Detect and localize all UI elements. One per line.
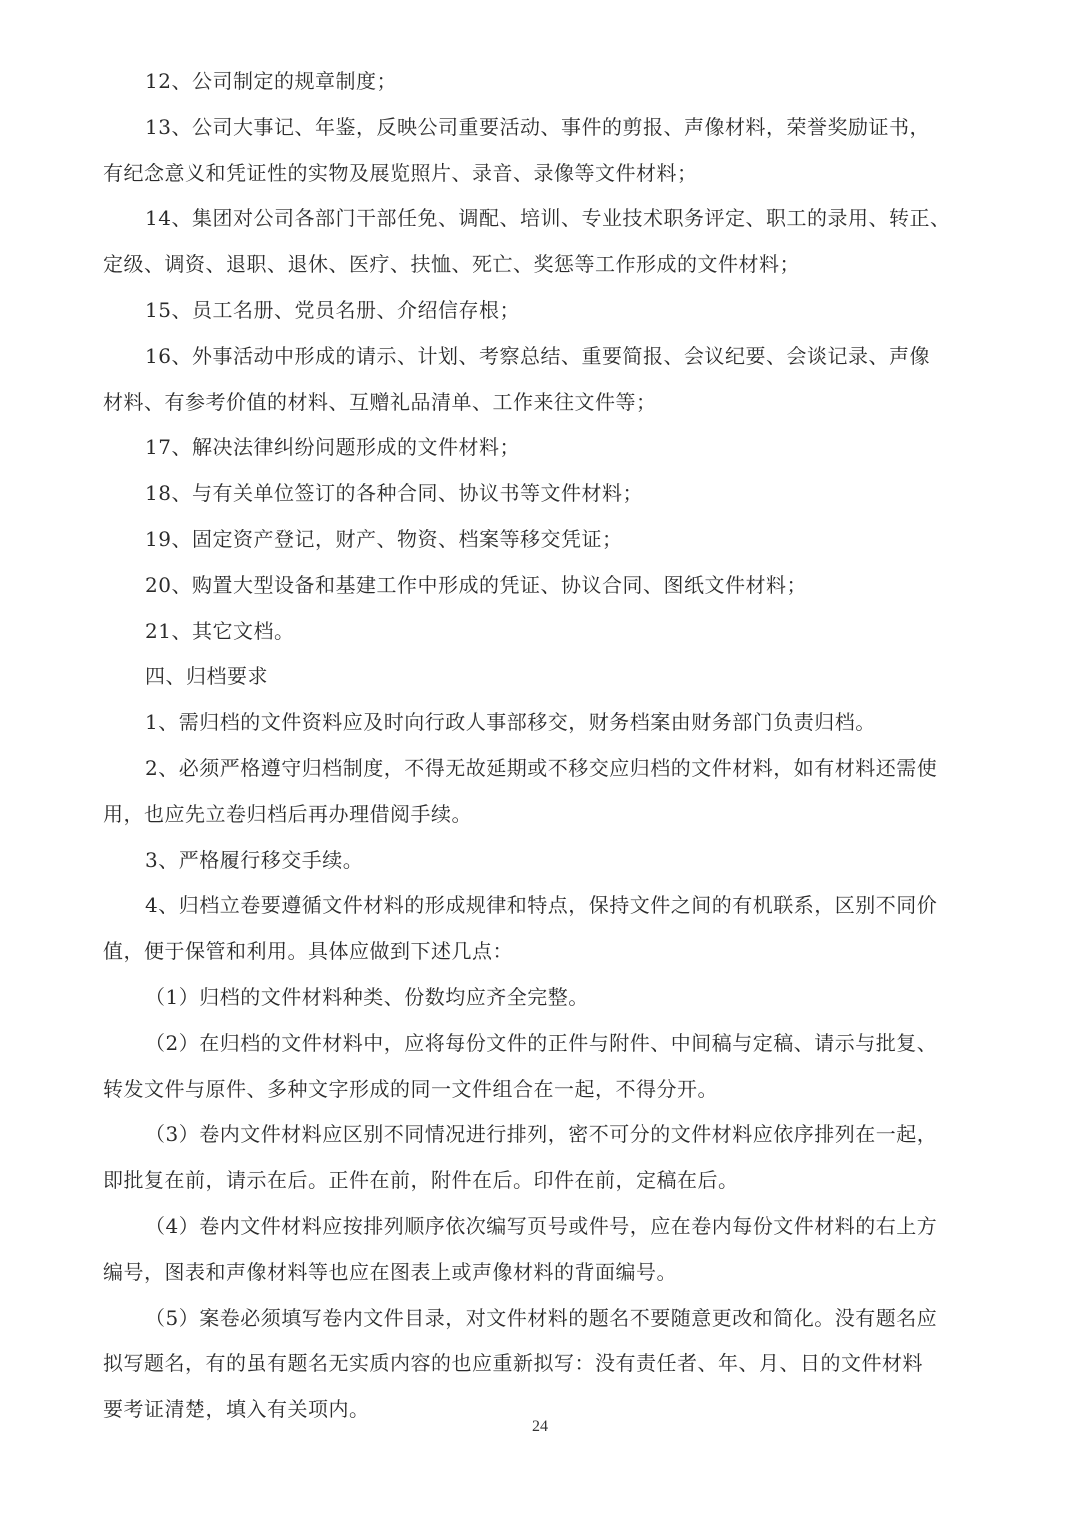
- document-body: 12、公司制定的规章制度； 13、公司大事记、年鉴，反映公司重要活动、事件的剪报…: [103, 64, 983, 1438]
- section-heading-archiving-requirements: 四、归档要求: [103, 659, 983, 705]
- list-item-14: 14、集团对公司各部门干部任免、调配、培训、专业技术职务评定、职工的录用、转正、: [103, 201, 983, 247]
- sub-point-3-continued: 即批复在前，请示在后。正件在前，附件在后。印件在前，定稿在后。: [103, 1163, 983, 1209]
- list-item-21: 21、其它文档。: [103, 614, 983, 660]
- sub-point-1: （1）归档的文件材料种类、份数均应齐全完整。: [103, 980, 983, 1026]
- list-item-13-continued: 有纪念意义和凭证性的实物及展览照片、录音、录像等文件材料；: [103, 156, 983, 202]
- list-item-20: 20、购置大型设备和基建工作中形成的凭证、协议合同、图纸文件材料；: [103, 568, 983, 614]
- sub-point-2-continued: 转发文件与原件、多种文字形成的同一文件组合在一起，不得分开。: [103, 1072, 983, 1118]
- sub-point-4-continued: 编号，图表和声像材料等也应在图表上或声像材料的背面编号。: [103, 1255, 983, 1301]
- list-item-19: 19、固定资产登记，财产、物资、档案等移交凭证；: [103, 522, 983, 568]
- list-item-14-continued: 定级、调资、退职、退休、医疗、扶恤、死亡、奖惩等工作形成的文件材料；: [103, 247, 983, 293]
- list-item-12: 12、公司制定的规章制度；: [103, 64, 983, 110]
- requirement-2-continued: 用，也应先立卷归档后再办理借阅手续。: [103, 797, 983, 843]
- sub-point-5: （5）案卷必须填写卷内文件目录，对文件材料的题名不要随意更改和简化。没有题名应: [103, 1301, 983, 1347]
- list-item-13: 13、公司大事记、年鉴，反映公司重要活动、事件的剪报、声像材料，荣誉奖励证书，: [103, 110, 983, 156]
- requirement-4: 4、归档立卷要遵循文件材料的形成规律和特点，保持文件之间的有机联系，区别不同价: [103, 888, 983, 934]
- list-item-15: 15、员工名册、党员名册、介绍信存根；: [103, 293, 983, 339]
- page-number: 24: [0, 1418, 1080, 1436]
- sub-point-4: （4）卷内文件材料应按排列顺序依次编写页号或件号，应在卷内每份文件材料的右上方: [103, 1209, 983, 1255]
- requirement-2: 2、必须严格遵守归档制度，不得无故延期或不移交应归档的文件材料，如有材料还需使: [103, 751, 983, 797]
- requirement-1: 1、需归档的文件资料应及时向行政人事部移交，财务档案由财务部门负责归档。: [103, 705, 983, 751]
- list-item-16: 16、外事活动中形成的请示、计划、考察总结、重要简报、会议纪要、会谈记录、声像: [103, 339, 983, 385]
- requirement-4-continued: 值，便于保管和利用。具体应做到下述几点：: [103, 934, 983, 980]
- sub-point-3: （3）卷内文件材料应区别不同情况进行排列，密不可分的文件材料应依序排列在一起，: [103, 1117, 983, 1163]
- sub-point-2: （2）在归档的文件材料中，应将每份文件的正件与附件、中间稿与定稿、请示与批复、: [103, 1026, 983, 1072]
- sub-point-5-continued: 拟写题名，有的虽有题名无实质内容的也应重新拟写：没有责任者、年、月、日的文件材料: [103, 1346, 983, 1392]
- document-page: 12、公司制定的规章制度； 13、公司大事记、年鉴，反映公司重要活动、事件的剪报…: [0, 0, 1080, 1527]
- list-item-18: 18、与有关单位签订的各种合同、协议书等文件材料；: [103, 476, 983, 522]
- list-item-17: 17、解决法律纠纷问题形成的文件材料；: [103, 430, 983, 476]
- requirement-3: 3、严格履行移交手续。: [103, 843, 983, 889]
- list-item-16-continued: 材料、有参考价值的材料、互赠礼品清单、工作来往文件等；: [103, 385, 983, 431]
